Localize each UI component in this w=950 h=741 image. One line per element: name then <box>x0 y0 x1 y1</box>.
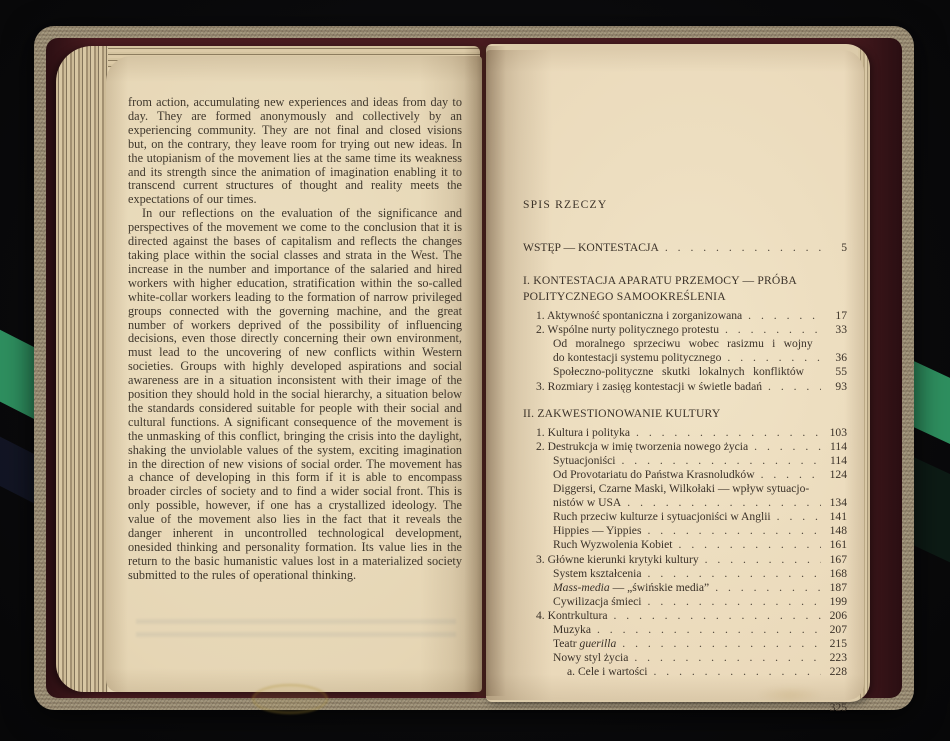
dot-leader <box>721 351 821 365</box>
toc-label: I. KONTESTACJA APARATU PRZEMOCY — PRÓBA <box>523 273 797 289</box>
toc-label: Społeczno-polityczne skutki lokalnych ko… <box>553 365 804 379</box>
toc-entry: Nowy styl życia223 <box>523 651 847 665</box>
toc-page-number: 228 <box>821 665 847 679</box>
toc-page-number: 36 <box>821 351 847 365</box>
toc-page-number: 223 <box>821 651 847 665</box>
toc-page-number: 93 <box>821 380 847 394</box>
toc-label-italic: guerilla <box>580 637 617 650</box>
toc-label: II. ZAKWESTIONOWANIE KULTURY <box>523 406 720 422</box>
photo-of-open-book: from action, accumulating new experience… <box>0 0 950 741</box>
toc-page-number: 5 <box>821 241 847 255</box>
dot-leader <box>615 454 821 468</box>
toc-entry: 3. Rozmiary i zasięg kontestacji w świet… <box>523 380 847 394</box>
toc-page-number: 215 <box>821 637 847 651</box>
toc-label: Hippies — Yippies <box>553 524 641 538</box>
dot-leader <box>748 440 821 454</box>
show-through-text <box>136 616 456 642</box>
toc-entry: 3. Główne kierunki krytyki kultury167 <box>523 553 847 567</box>
toc-page-number: 134 <box>821 496 847 510</box>
toc-entry: Społeczno-polityczne skutki lokalnych ko… <box>523 365 847 379</box>
toc-label-italic: Mass-media <box>553 581 610 594</box>
dot-leader <box>659 241 821 255</box>
toc-page-number: 148 <box>821 524 847 538</box>
dot-leader <box>647 665 821 679</box>
toc-label: System kształcenia <box>553 567 642 581</box>
dot-leader <box>762 380 821 394</box>
dot-leader <box>630 426 821 440</box>
toc-label: Sytuacjoniści <box>553 454 615 468</box>
toc-entry: nistów w USA134 <box>523 496 847 510</box>
toc-label: Mass-media — „świńskie media” <box>553 581 709 595</box>
toc-entry: System kształcenia168 <box>523 567 847 581</box>
table-of-contents: SPIS RZECZY WSTĘP — KONTESTACJA5 I. KONT… <box>523 198 847 714</box>
toc-label: do kontestacji systemu politycznego <box>553 351 721 365</box>
dot-leader <box>642 567 821 581</box>
dot-leader <box>719 323 821 337</box>
toc-entry: Teatr guerilla215 <box>523 637 847 651</box>
toc-label: 3. Główne kierunki krytyki kultury <box>536 553 699 567</box>
page-stain-left <box>252 684 328 714</box>
toc-page-number: 167 <box>821 553 847 567</box>
toc-label: WSTĘP — KONTESTACJA <box>523 241 659 255</box>
toc-entry: Od moralnego sprzeciwu wobec rasizmu i w… <box>523 337 847 351</box>
toc-page-number: 161 <box>821 538 847 552</box>
toc-label: Muzyka <box>553 623 591 637</box>
toc-entry: do kontestacji systemu politycznego36 <box>523 351 847 365</box>
toc-entry: Cywilizacja śmieci199 <box>523 595 847 609</box>
toc-section-heading: POLITYCZNEGO SAMOOKREŚLENIA <box>523 289 847 305</box>
dot-leader <box>628 651 821 665</box>
toc-label: Ruch Wyzwolenia Kobiet <box>553 538 673 552</box>
toc-entry: 4. Kontrkultura206 <box>523 609 847 623</box>
toc-entry: 1. Kultura i polityka103 <box>523 426 847 440</box>
toc-label: Teatr guerilla <box>553 637 616 651</box>
toc-page-number: 17 <box>821 309 847 323</box>
dot-leader <box>641 524 821 538</box>
toc-entry: Od Provotariatu do Państwa Krasnoludków1… <box>523 468 847 482</box>
toc-label: Od Provotariatu do Państwa Krasnoludków <box>553 468 755 482</box>
toc-section-heading: I. KONTESTACJA APARATU PRZEMOCY — PRÓBA <box>523 273 847 289</box>
toc-page-number: 187 <box>821 581 847 595</box>
toc-entry: Sytuacjoniści114 <box>523 454 847 468</box>
toc-page-number: 207 <box>821 623 847 637</box>
left-page-text-block: from action, accumulating new experience… <box>128 96 462 583</box>
dot-leader <box>591 623 821 637</box>
toc-page-number: 199 <box>821 595 847 609</box>
toc-label: POLITYCZNEGO SAMOOKREŚLENIA <box>523 289 726 305</box>
toc-label: 2. Destrukcja w imię tworzenia nowego ży… <box>536 440 748 454</box>
right-page: SPIS RZECZY WSTĘP — KONTESTACJA5 I. KONT… <box>486 50 864 700</box>
dot-leader <box>616 637 821 651</box>
toc-label: Od moralnego sprzeciwu wobec rasizmu i w… <box>553 337 813 351</box>
dot-leader <box>742 309 821 323</box>
toc-entry: Ruch Wyzwolenia Kobiet161 <box>523 538 847 552</box>
toc-title: SPIS RZECZY <box>523 198 847 211</box>
toc-section-heading: II. ZAKWESTIONOWANIE KULTURY <box>523 406 847 422</box>
page-stain-right <box>744 682 836 708</box>
toc-entry: 1. Aktywność spontaniczna i zorganizowan… <box>523 309 847 323</box>
toc-entry: Muzyka207 <box>523 623 847 637</box>
toc-entry: Ruch przeciw kulturze i sytuacjoniści w … <box>523 510 847 524</box>
toc-label: 3. Rozmiary i zasięg kontestacji w świet… <box>536 380 762 394</box>
dot-leader <box>607 609 821 623</box>
toc-entry: a. Cele i wartości228 <box>523 665 847 679</box>
toc-entry: Mass-media — „świńskie media”187 <box>523 581 847 595</box>
toc-page-number: 141 <box>821 510 847 524</box>
toc-label: Diggersi, Czarne Maski, Wilkołaki — wpły… <box>553 482 809 496</box>
paragraph-1: from action, accumulating new experience… <box>128 96 462 207</box>
toc-entry: Diggersi, Czarne Maski, Wilkołaki — wpły… <box>523 482 847 496</box>
toc-label: a. Cele i wartości <box>567 665 647 679</box>
dot-leader <box>699 553 821 567</box>
toc-entry: WSTĘP — KONTESTACJA5 <box>523 241 847 255</box>
toc-entry: 2. Destrukcja w imię tworzenia nowego ży… <box>523 440 847 454</box>
toc-label: nistów w USA <box>553 496 621 510</box>
toc-label: 4. Kontrkultura <box>536 609 607 623</box>
toc-page-number: 103 <box>821 426 847 440</box>
toc-label: Ruch przeciw kulturze i sytuacjoniści w … <box>553 510 771 524</box>
left-page: from action, accumulating new experience… <box>106 56 482 692</box>
toc-label: Nowy styl życia <box>553 651 628 665</box>
dot-leader <box>621 496 821 510</box>
toc-label: Cywilizacja śmieci <box>553 595 642 609</box>
dot-leader <box>673 538 821 552</box>
toc-page-number: 124 <box>821 468 847 482</box>
toc-page-number: 114 <box>821 454 847 468</box>
dot-leader <box>642 595 821 609</box>
toc-label: 1. Aktywność spontaniczna i zorganizowan… <box>536 309 742 323</box>
dot-leader <box>755 468 821 482</box>
toc-entry: Hippies — Yippies148 <box>523 524 847 538</box>
toc-label: 1. Kultura i polityka <box>536 426 630 440</box>
toc-page-number: 114 <box>821 440 847 454</box>
paragraph-2: In our reflections on the evaluation of … <box>128 207 462 582</box>
toc-page-number: 168 <box>821 567 847 581</box>
toc-label: 2. Wspólne nurty politycznego protestu <box>536 323 719 337</box>
dot-leader <box>771 510 821 524</box>
toc-page-number: 55 <box>821 365 847 379</box>
toc-page-number: 206 <box>821 609 847 623</box>
toc-page-number: 33 <box>821 323 847 337</box>
dot-leader <box>709 581 821 595</box>
toc-entry: 2. Wspólne nurty politycznego protestu33 <box>523 323 847 337</box>
